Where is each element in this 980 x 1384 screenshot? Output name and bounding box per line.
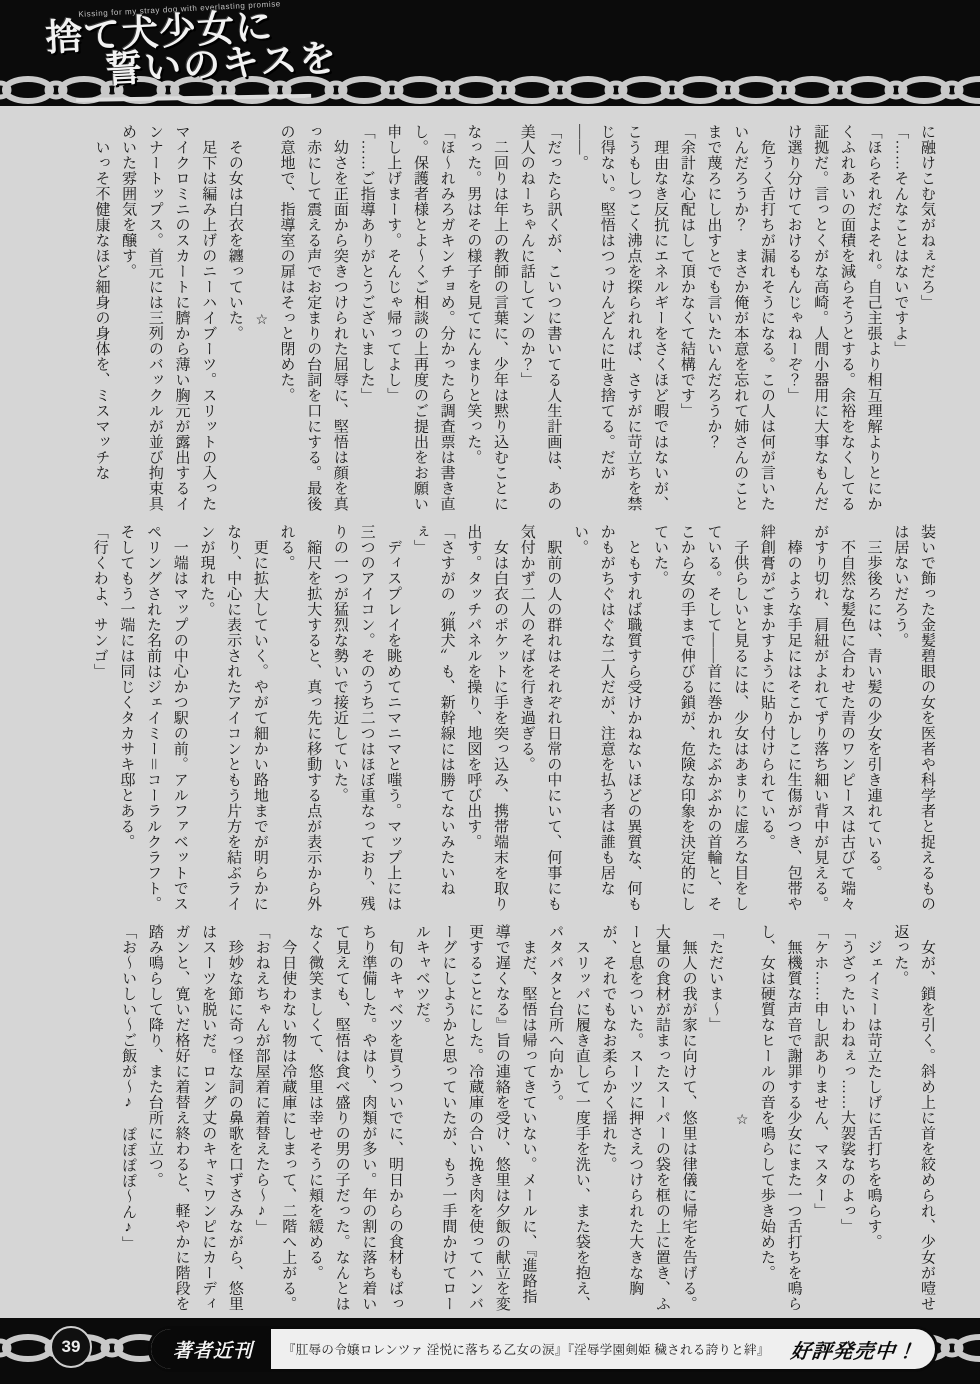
page-body: に融けこむ気がねぇだろ」「……そんなことはないですよ」「ほらそれだよそれ。自己主… xyxy=(0,106,980,1318)
masthead: Kissing for my stray dog with everlastin… xyxy=(0,0,980,106)
paragraph: 縮尺を拡大すると、真っ先に移動する点が表示から外れる。 xyxy=(273,524,326,916)
paragraph: 装いで飾った金髪碧眼の女を医者や科学者と捉えるものは居ないだろう。 xyxy=(887,524,940,916)
paragraph: に融けこむ気がねぇだろ」 xyxy=(913,124,940,516)
paragraph: 「ほらそれだよそれ。自己主張より相互理解よりとにかくふれあいの面積を減らそうとす… xyxy=(780,124,887,516)
paragraph: ジェイミーは苛立たしげに舌打ちを鳴らす。 xyxy=(860,924,887,1316)
paragraph: 「行くわよ、サンゴ」 xyxy=(86,524,113,916)
paragraph: 子供らしいと見るには、少女はあまりに虚ろな目をしている。そして――首に巻かれたぶ… xyxy=(646,524,753,916)
paragraph: 二回りは年上の教師の言葉に、少年は黙り込むことになった。男はその様子を見てにんま… xyxy=(460,124,513,516)
paragraph: 「うざったいわねぇっ……大袈裟なのよっ」 xyxy=(833,924,860,1316)
paragraph: 一端はマップの中心かつ駅の前。アルファベットでスペリングされた名前はジェイミー＝… xyxy=(113,524,193,916)
paragraph: 不自然な髪色に合わせた青のワンピースは古びて端々がすり切れ、肩紐がよれてずり落ち… xyxy=(807,524,860,916)
paragraph: まだ、堅悟は帰ってきていない。メールに、『進路指導で遅くなる』旨の連絡を受け、悠… xyxy=(408,924,541,1316)
novel-page: Kissing for my stray dog with everlastin… xyxy=(0,0,980,1384)
paragraph: 駅前の人の群れはそれぞれ日常の中にいて、何事にも気付かず二人のそばを行き過ぎる。 xyxy=(513,524,566,916)
paragraph: 女は白衣のポケットに手を突っ込み、携帯端末を取り出す。タッチパネルを操り、地図を… xyxy=(460,524,513,916)
text-band-1: に融けこむ気がねぇだろ」「……そんなことはないですよ」「ほらそれだよそれ。自己主… xyxy=(50,124,940,516)
page-number-badge: 39 xyxy=(50,1326,92,1368)
paragraph: 「ただいま～」 xyxy=(702,924,729,1316)
paragraph: いっそ不健康なほど細身の身体を、ミスマッチな xyxy=(88,124,115,516)
paragraph: 「……ご指導ありがとうございました」 xyxy=(353,124,380,516)
paragraph: 旬のキャベツを買うついでに、明日からの食材もばっちり準備した。やはり、肉類が多い… xyxy=(301,924,408,1316)
section-divider-star: ☆ xyxy=(248,124,273,516)
paragraph: 今日使わない物は冷蔵庫にしまって、二階へ上がる。 xyxy=(275,924,302,1316)
paragraph: 「さすがの〝猟犬〞も、新幹線には勝てないみたいねぇ」 xyxy=(406,524,459,916)
paragraph: 三歩後ろには、青い髪の少女を引き連れている。 xyxy=(860,524,887,916)
text-band-3: 女が、鎖を引く。斜め上に首を絞められ、少女が噎せ返った。 ジェイミーは苛立たしげ… xyxy=(50,924,940,1316)
paragraph: 「余計な心配はして頂かなくて結構です」 xyxy=(673,124,700,516)
on-sale-status: 好評発売中！ xyxy=(789,1335,936,1364)
paragraph: 珍妙な節に奇っ怪な詞の鼻歌を口ずさみながら、悠里はスーツを脱いだ。ロング丈のキャ… xyxy=(141,924,248,1316)
paragraph: 危うく舌打ちが漏れそうになる。この人は何が言いたいんだろうか？ まさか俺が本意を… xyxy=(700,124,780,516)
paragraph: 「おねえちゃんが部屋着に着替えたら～♪」 xyxy=(248,924,275,1316)
paragraph: ディスプレイを眺めてニマニマと嗤う。マップ上には三つのアイコン。そのうち二つはほ… xyxy=(326,524,406,916)
paragraph: 無人の我が家に向けて、悠里は律儀に帰宅を告げる。大量の食材が詰まったスーパーの袋… xyxy=(595,924,702,1316)
paragraph: 女が、鎖を引く。斜め上に首を絞められ、少女が噎せ返った。 xyxy=(887,924,940,1316)
author-works-banner: 著者近刊 『肛辱の令嬢ロレンツァ 淫悦に落ちる乙女の涙』『淫辱学園剣姫 穢される… xyxy=(148,1326,938,1372)
paragraph: 足下は編み上げのニーハイブーツ。スリットの入ったマイクロミニのスカートに臍から薄… xyxy=(114,124,221,516)
paragraph: 幼さを正面から突きつけられた屈辱に、堅悟は顔を真っ赤にして震える声でお定まりの台… xyxy=(273,124,353,516)
paragraph: 「だったら訊くが、こいつに書いてる人生計画は、あの美人のねーちゃんに話してンのか… xyxy=(513,124,566,516)
paragraph: 無機質な声音で謝罪する少女にまた一つ舌打ちを鳴らし、女は硬質なヒールの音を鳴らし… xyxy=(753,924,806,1316)
series-logo: Kissing for my stray dog with everlastin… xyxy=(44,0,339,92)
author-works-label: 著者近刊 xyxy=(151,1329,271,1369)
paragraph: スリッパに履き直して一度手を洗い、また袋を抱え、パタパタと台所へ向かう。 xyxy=(541,924,594,1316)
paragraph: ともすれば職質すら受けかねないほどの異質な、何もかもがちぐはぐな二人だが、注意を… xyxy=(566,524,646,916)
section-divider-star: ☆ xyxy=(728,924,753,1316)
paragraph: 更に拡大していく。やがて細かい路地までが明らかになり、中心に表示されたアイコンと… xyxy=(193,524,273,916)
paragraph: 「お〜いしい〜ご飯が〜♪ ぽぽぽぽ〜ん♪」 xyxy=(114,924,141,1316)
author-works-titles: 『肛辱の令嬢ロレンツァ 淫悦に落ちる乙女の涙』『淫辱学園剣姫 穢される誇りと絆』 xyxy=(283,1340,770,1358)
paragraph: 「ケホ……申し訳ありません、マスター」 xyxy=(807,924,834,1316)
footer-bar: 39 著者近刊 『肛辱の令嬢ロレンツァ 淫悦に落ちる乙女の涙』『淫辱学園剣姫 穢… xyxy=(0,1318,980,1384)
paragraph: 棒のような手足にはそこかしこに生傷がつき、包帯や絆創膏がごまかすように貼り付けら… xyxy=(753,524,806,916)
paragraph: その女は白衣を纏っていた。 xyxy=(221,124,248,516)
paragraph: 「……そんなことはないですよ」 xyxy=(887,124,914,516)
text-band-2: 装いで飾った金髪碧眼の女を医者や科学者と捉えるものは居ないだろう。 三歩後ろには… xyxy=(50,524,940,916)
paragraph: 理由なき反抗にエネルギーをさくほど暇ではないが、こうもしつこく沸点を探られれば、… xyxy=(566,124,673,516)
paragraph: 「ほ〜れみろガキンチョめ。分かったら調査票は書き直し。保護者様とよ〜くご相談の上… xyxy=(380,124,460,516)
